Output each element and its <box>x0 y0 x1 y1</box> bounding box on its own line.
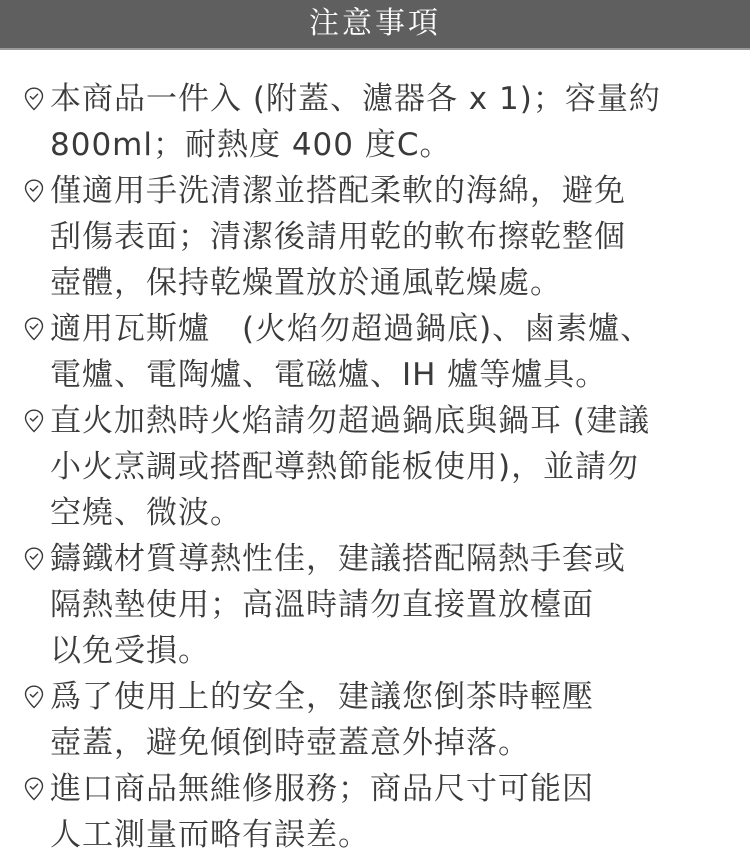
notice-item: 僅適用手洗清潔並搭配柔軟的海綿，避免 刮傷表面；清潔後請用乾的軟布擦乾整個 壺體… <box>20 168 728 306</box>
notice-text: 鑄鐵材質導熱性佳，建議搭配隔熱手套或 隔熱墊使用；高溫時請勿直接置放檯面 以免受… <box>50 536 728 674</box>
notice-item: 爲了使用上的安全，建議您倒茶時輕壓 壺蓋，避免傾倒時壺蓋意外掉落。 <box>20 674 728 766</box>
location-check-icon <box>20 398 50 444</box>
notice-item: 進口商品無維修服務；商品尺寸可能因 人工測量而略有誤差。 <box>20 766 728 858</box>
notice-text: 本商品一件入 (附蓋、濾器各 x 1)；容量約 800ml；耐熱度 400 度C… <box>50 76 728 168</box>
location-check-icon <box>20 168 50 214</box>
notice-text: 僅適用手洗清潔並搭配柔軟的海綿，避免 刮傷表面；清潔後請用乾的軟布擦乾整個 壺體… <box>50 168 728 306</box>
notice-item: 直火加熱時火焰請勿超過鍋底與鍋耳 (建議 小火烹調或搭配導熱節能板使用)，並請勿… <box>20 398 728 536</box>
location-check-icon <box>20 674 50 720</box>
location-check-icon <box>20 766 50 812</box>
notice-list: 本商品一件入 (附蓋、濾器各 x 1)；容量約 800ml；耐熱度 400 度C… <box>0 50 750 858</box>
page-title: 注意事項 <box>309 0 441 48</box>
notice-item: 本商品一件入 (附蓋、濾器各 x 1)；容量約 800ml；耐熱度 400 度C… <box>20 76 728 168</box>
notice-text: 進口商品無維修服務；商品尺寸可能因 人工測量而略有誤差。 <box>50 766 728 858</box>
notice-text: 直火加熱時火焰請勿超過鍋底與鍋耳 (建議 小火烹調或搭配導熱節能板使用)，並請勿… <box>50 398 728 536</box>
notice-item: 適用瓦斯爐 (火焰勿超過鍋底)、鹵素爐、 電爐、電陶爐、電磁爐、IH 爐等爐具。 <box>20 306 728 398</box>
notice-text: 適用瓦斯爐 (火焰勿超過鍋底)、鹵素爐、 電爐、電陶爐、電磁爐、IH 爐等爐具。 <box>50 306 728 398</box>
notice-item: 鑄鐵材質導熱性佳，建議搭配隔熱手套或 隔熱墊使用；高溫時請勿直接置放檯面 以免受… <box>20 536 728 674</box>
section-header: 注意事項 <box>0 0 750 50</box>
notice-text: 爲了使用上的安全，建議您倒茶時輕壓 壺蓋，避免傾倒時壺蓋意外掉落。 <box>50 674 728 766</box>
location-check-icon <box>20 536 50 582</box>
location-check-icon <box>20 76 50 122</box>
location-check-icon <box>20 306 50 352</box>
